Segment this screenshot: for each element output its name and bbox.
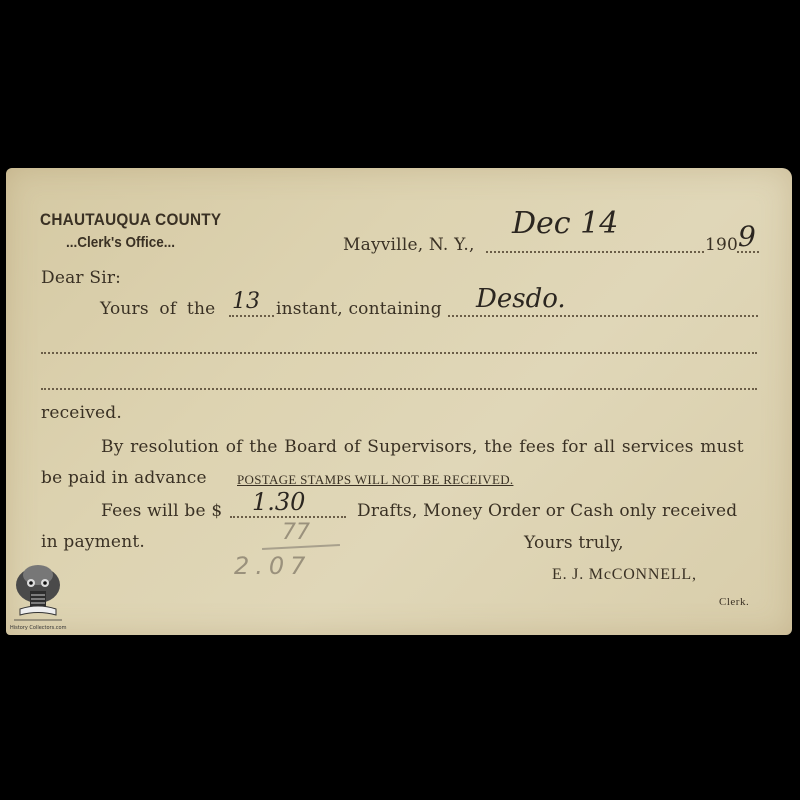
received-label: received. <box>41 403 122 423</box>
pencil-note-bottom: 2.07 <box>234 552 311 580</box>
signer-name: E. J. McCONNELL, <box>552 566 697 584</box>
watermark-caption: History Collectors.com <box>10 625 66 631</box>
payment-methods-text: Drafts, Money Order or Cash only receive… <box>357 501 737 521</box>
handwritten-contents: Desdo. <box>476 284 566 314</box>
blank-dotted-line-2 <box>41 388 757 390</box>
salutation: Dear Sir: <box>41 268 121 288</box>
fees-label: Fees will be $ <box>101 501 222 521</box>
valediction: Yours truly, <box>524 533 624 553</box>
in-payment-text: in payment. <box>41 532 145 552</box>
day-dotted-line <box>229 315 274 317</box>
advance-text: be paid in advance <box>41 468 207 488</box>
county-header: CHAUTAUQUA COUNTY <box>40 210 221 230</box>
resolution-text: By resolution of the Board of Supervisor… <box>101 437 744 457</box>
handwritten-date: Dec 14 <box>512 206 618 241</box>
handwritten-day: 13 <box>232 289 260 314</box>
dateline-place: Mayville, N. Y., <box>343 235 475 255</box>
date-dotted-line <box>486 251 704 253</box>
instant-containing-label: instant, containing <box>276 299 442 319</box>
fee-dotted-line <box>230 516 346 518</box>
handwritten-year: 9 <box>738 220 756 253</box>
contents-dotted-line <box>448 315 758 317</box>
handwritten-fee: 1.30 <box>252 488 305 516</box>
year-prefix: 190 <box>705 235 738 255</box>
office-subheader: ...Clerk's Office... <box>66 234 175 251</box>
yours-of-the-label: Yours of the <box>100 299 215 319</box>
signer-title: Clerk. <box>719 596 749 608</box>
blank-dotted-line-1 <box>41 352 757 354</box>
postage-notice: POSTAGE STAMPS WILL NOT BE RECEIVED. <box>237 472 513 488</box>
pencil-note-top: 77 <box>282 520 310 545</box>
